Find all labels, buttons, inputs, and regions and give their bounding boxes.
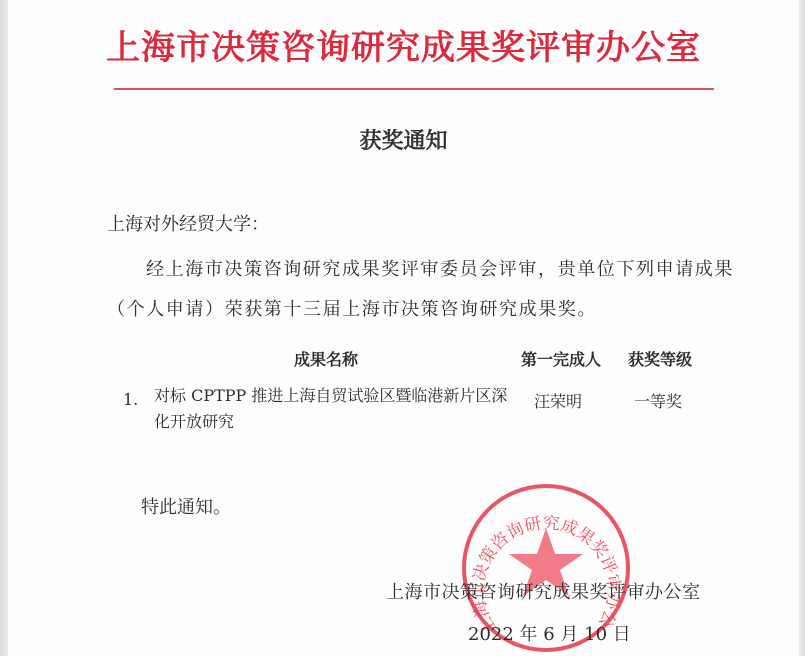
- letterhead-divider: [114, 88, 714, 90]
- addressee: 上海对外经贸大学：: [107, 210, 269, 236]
- column-header-award-level: 获奖等级: [628, 347, 692, 370]
- body-paragraph-line-1: 经上海市决策咨询研究成果奖评审委员会评审，贵单位下列申请成果: [146, 255, 734, 281]
- letterhead-title: 上海市决策咨询研究成果奖评审办公室: [8, 20, 799, 69]
- row-first-author: 汪荣明: [534, 389, 582, 412]
- signature: 上海市决策咨询研究成果奖评审办公室: [386, 578, 701, 604]
- issue-date: 2022 年 6 月 10 日: [468, 620, 631, 646]
- document-title: 获奖通知: [8, 124, 799, 155]
- column-header-first-author: 第一完成人: [521, 347, 601, 370]
- row-index: 1.: [123, 390, 138, 409]
- closing-remark: 特此通知。: [141, 493, 231, 519]
- document-page: 上海市决策咨询研究成果奖评审办公室 获奖通知 上海对外经贸大学： 经上海市决策咨…: [8, 0, 799, 656]
- column-header-title: 成果名称: [294, 347, 358, 370]
- row-title: 对标 CPTPP 推进上海自贸试验区暨临港新片区深化开放研究: [154, 383, 514, 435]
- page-margin-left: [0, 0, 8, 656]
- body-paragraph-line-2: （个人申请）荣获第十三届上海市决策咨询研究成果奖。: [107, 295, 597, 321]
- row-award-level: 一等奖: [634, 389, 682, 412]
- page-margin-right: [799, 0, 805, 656]
